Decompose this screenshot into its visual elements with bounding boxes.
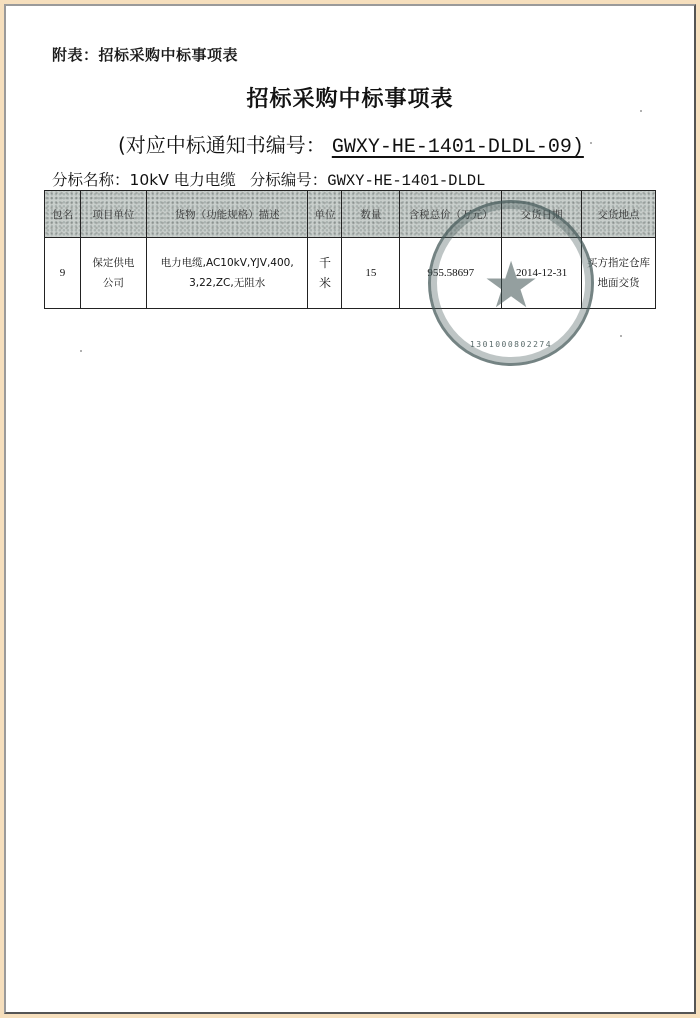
scan-speck [80,350,82,352]
notice-prefix: (对应中标通知书编号： [118,133,326,157]
lot-number: GWXY-HE-1401-DLDL [327,172,485,190]
cell-description: 电力电缆,AC10kV,YJV,400,3,22,ZC,无阻水 [146,238,308,309]
header-delivery-date: 交货日期 [502,191,582,238]
cell-total-price: 955.58697 [400,238,502,309]
cell-project-unit: 保定供电公司 [80,238,146,309]
lot-name-label: 分标名称： [52,171,130,189]
award-items-table: 包名 项目单位 货物（功能规格）描述 单位 数量 含税总价（万元） 交货日期 交… [44,190,656,309]
cell-quantity: 15 [342,238,400,309]
header-package: 包名 [45,191,81,238]
lot-name: 10kV 电力电缆 [130,171,236,189]
cell-delivery-place: 买方指定仓库地面交货 [582,238,656,309]
cell-delivery-date: 2014-12-31 [502,238,582,309]
header-delivery-place: 交货地点 [582,191,656,238]
cell-unit: 千米 [308,238,342,309]
scan-speck [640,110,642,112]
scan-speck [620,335,622,337]
appendix-label: 附表：招标采购中标事项表 [52,44,238,65]
header-quantity: 数量 [342,191,400,238]
header-total-price: 含税总价（万元） [400,191,502,238]
table-row: 9 保定供电公司 电力电缆,AC10kV,YJV,400,3,22,ZC,无阻水… [45,238,656,309]
notice-number-line: (对应中标通知书编号：GWXY-HE-1401-DLDL-09) [118,129,584,159]
lot-number-label: 分标编号： [250,171,328,189]
header-description: 货物（功能规格）描述 [146,191,308,238]
table-header-row: 包名 项目单位 货物（功能规格）描述 单位 数量 含税总价（万元） 交货日期 交… [45,191,656,238]
scan-speck [590,142,592,144]
header-project-unit: 项目单位 [80,191,146,238]
notice-number: GWXY-HE-1401-DLDL-09) [332,136,584,159]
document-title: 招标采购中标事项表 [0,82,700,113]
header-unit: 单位 [308,191,342,238]
lot-info-line: 分标名称：10kV 电力电缆分标编号：GWXY-HE-1401-DLDL [52,168,485,190]
cell-package: 9 [45,238,81,309]
